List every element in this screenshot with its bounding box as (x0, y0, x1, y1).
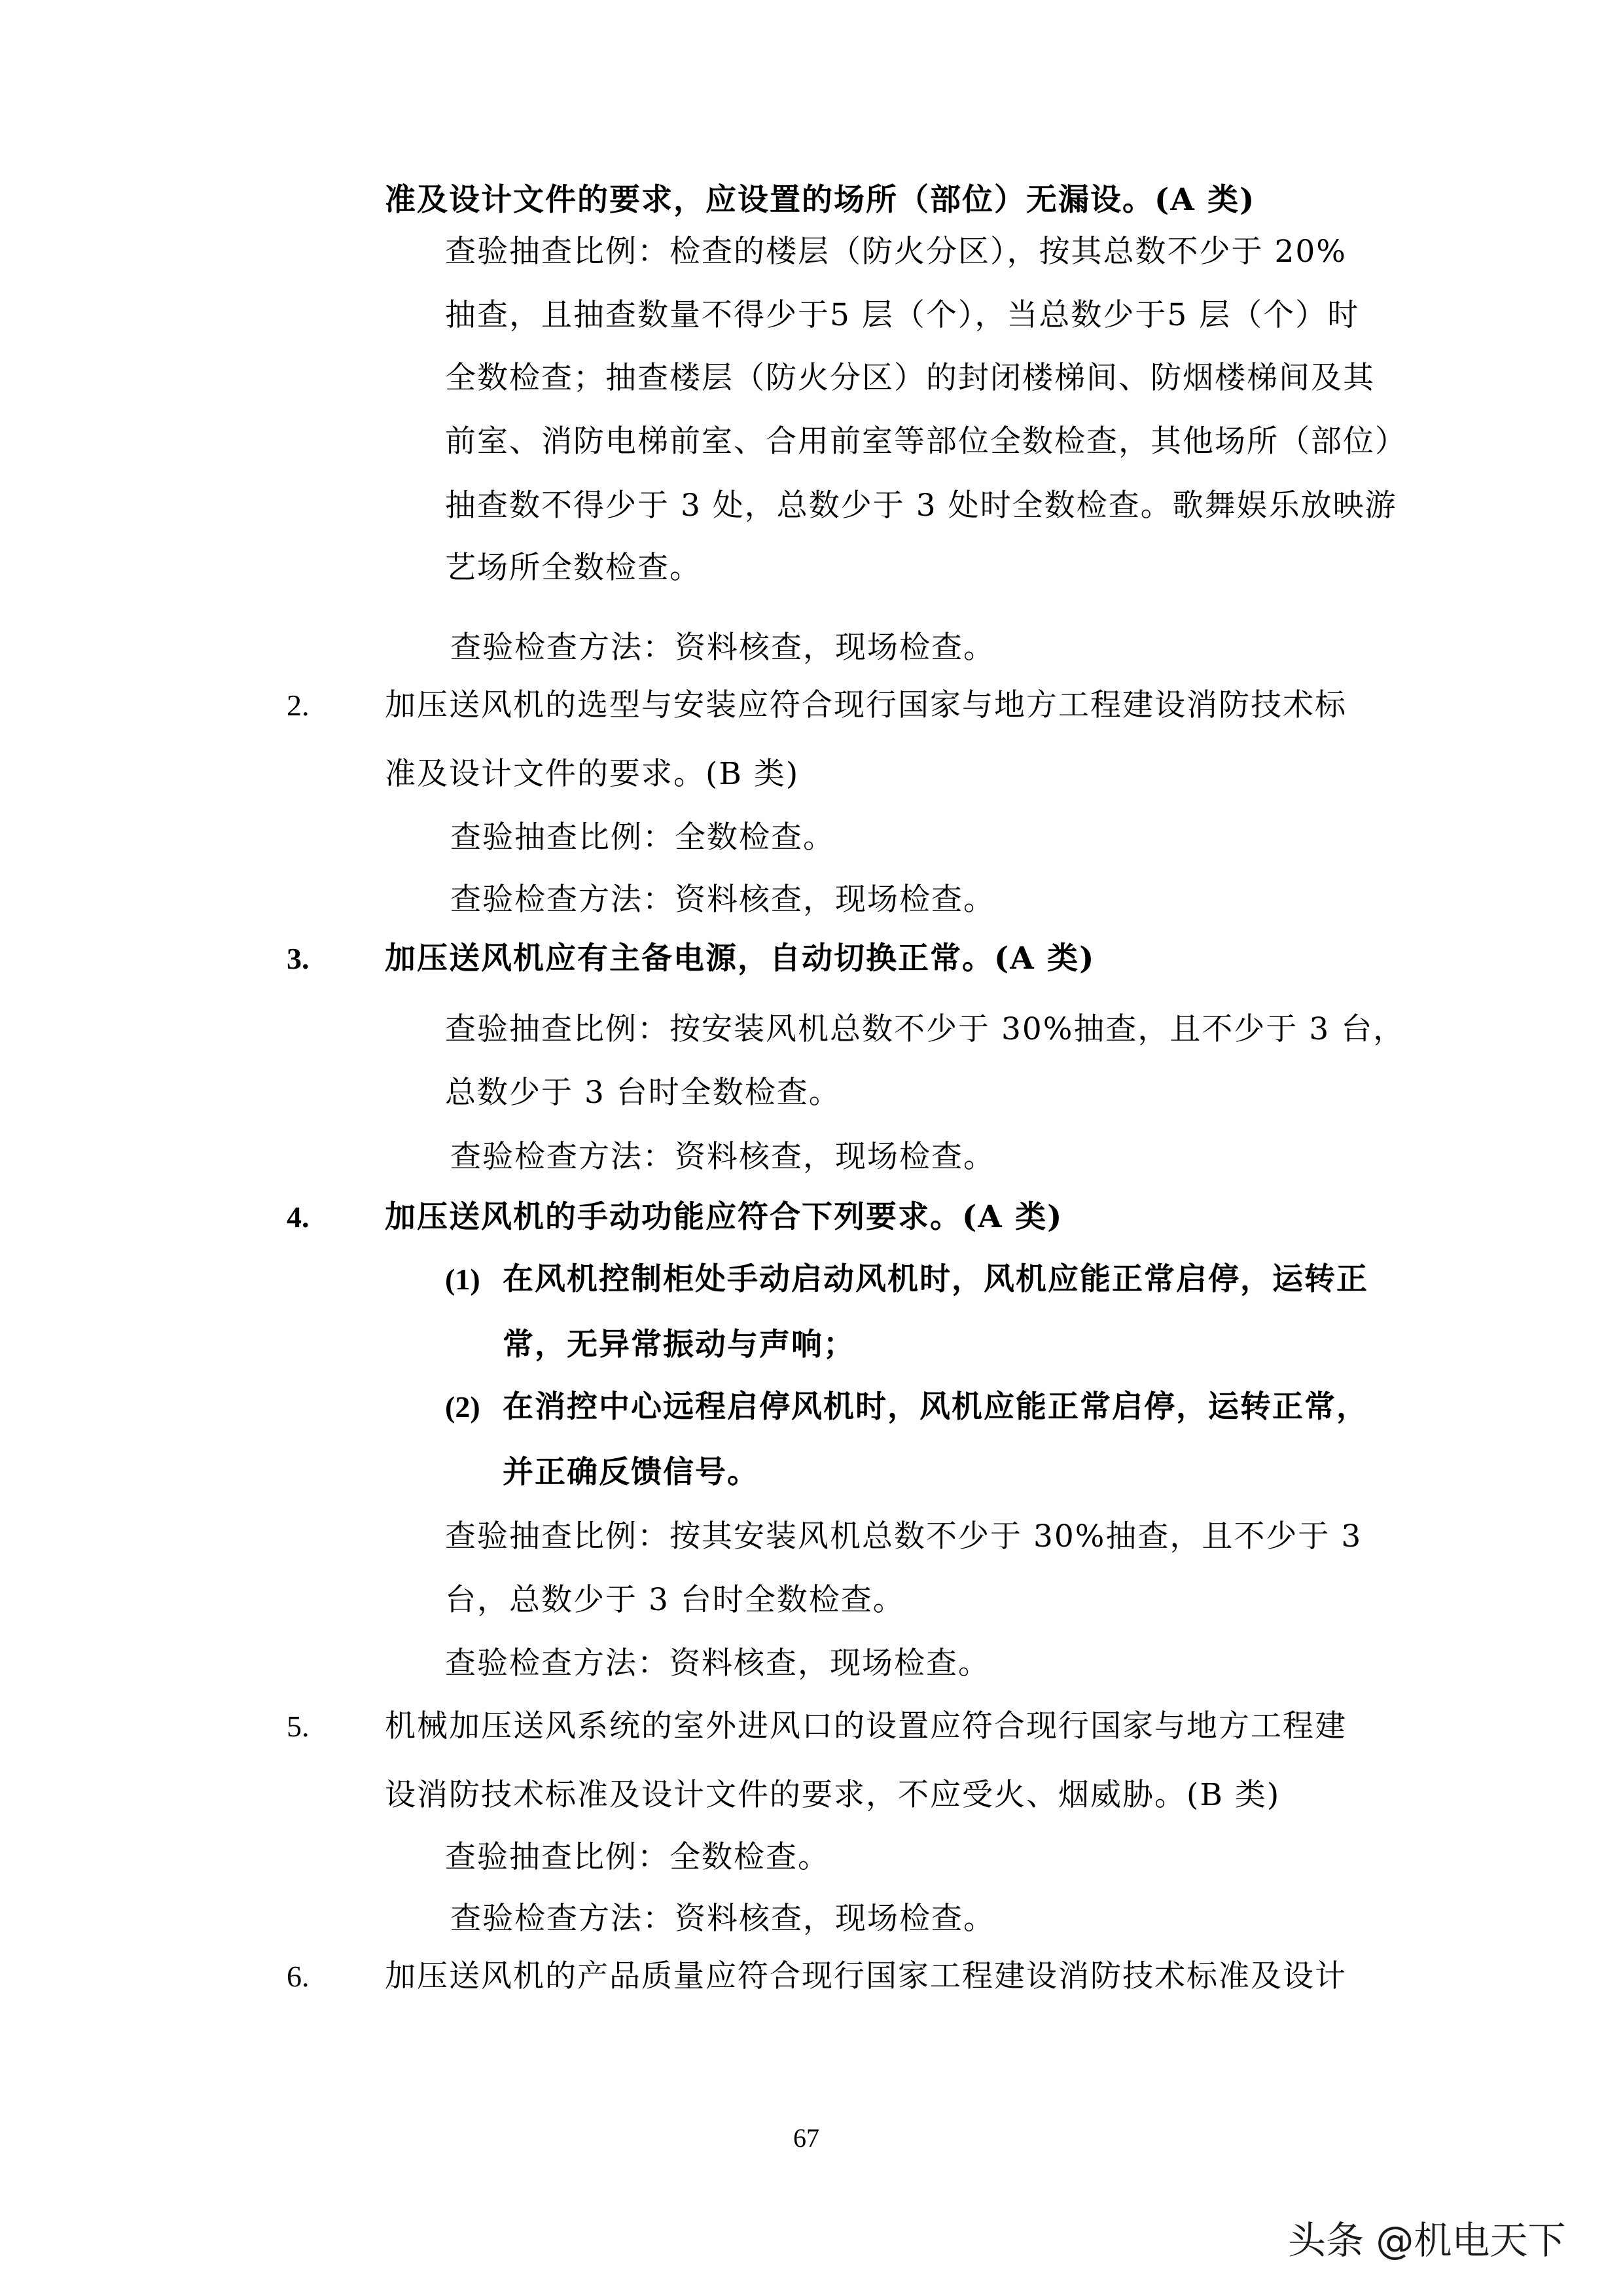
item-heading: 加压送风机应有主备电源，自动切换正常。(A 类) (385, 939, 1095, 978)
ratio-line: 查验抽查比例：全数检查。 (445, 1838, 830, 1877)
method-line: 查验检查方法：资料核查，现场检查。 (450, 1138, 995, 1177)
page-number: 67 (793, 2122, 819, 2155)
sub-item-text: 并正确反馈信号。 (503, 1453, 759, 1492)
continued-heading: 准及设计文件的要求，应设置的场所（部位）无漏设。(A 类) (385, 181, 1255, 220)
item-number: 3. (287, 939, 310, 978)
item-number: 6. (287, 1957, 310, 1996)
watermark: 头条 @机电天下 (1288, 2217, 1565, 2263)
ratio-line: 查验抽查比例：按安装风机总数不少于 30%抽查，且不少于 3 台， (445, 1010, 1405, 1049)
ratio-line: 台，总数少于 3 台时全数检查。 (445, 1581, 905, 1620)
method-line: 查验检查方法：资料核查，现场检查。 (445, 1644, 990, 1683)
ratio-line: 查验抽查比例：全数检查。 (450, 818, 835, 857)
item-heading: 机械加压送风系统的室外进风口的设置应符合现行国家与地方工程建 (385, 1707, 1347, 1746)
sub-item-text: 在消控中心远程启停风机时，风机应能正常启停，运转正常， (503, 1388, 1368, 1427)
item-number: 2. (287, 686, 310, 725)
ratio-line: 查验抽查比例：检查的楼层（防火分区），按其总数不少于 20% (445, 232, 1347, 272)
item-heading: 设消防技术标准及设计文件的要求，不应受火、烟威胁。(B 类) (385, 1776, 1280, 1815)
item-heading: 加压送风机的选型与安装应符合现行国家与地方工程建设消防技术标 (385, 686, 1347, 725)
sub-item-label: (1) (445, 1260, 480, 1299)
document-page: 准及设计文件的要求，应设置的场所（部位）无漏设。(A 类) 查验抽查比例：检查的… (0, 0, 1623, 2296)
ratio-line: 抽查，且抽查数量不得少于5 层（个），当总数少于5 层（个）时 (445, 296, 1359, 335)
sub-item-label: (2) (445, 1388, 480, 1427)
ratio-line: 艺场所全数检查。 (445, 548, 702, 588)
method-line: 查验检查方法：资料核查，现场检查。 (450, 628, 995, 668)
method-line: 查验检查方法：资料核查，现场检查。 (450, 880, 995, 920)
item-number: 5. (287, 1707, 310, 1746)
ratio-line: 抽查数不得少于 3 处，总数少于 3 处时全数检查。歌舞娱乐放映游 (445, 486, 1397, 526)
sub-item-text: 常，无异常振动与声响； (503, 1325, 855, 1365)
item-heading: 准及设计文件的要求。(B 类) (385, 755, 799, 794)
sub-item-text: 在风机控制柜处手动启动风机时，风机应能正常启停，运转正 (503, 1260, 1368, 1299)
item-heading: 加压送风机的手动功能应符合下列要求。(A 类) (385, 1198, 1063, 1237)
method-line: 查验检查方法：资料核查，现场检查。 (450, 1899, 995, 1939)
item-heading: 加压送风机的产品质量应符合现行国家工程建设消防技术标准及设计 (385, 1957, 1347, 1996)
ratio-line: 全数检查；抽查楼层（防火分区）的封闭楼梯间、防烟楼梯间及其 (445, 359, 1375, 398)
ratio-line: 查验抽查比例：按其安装风机总数不少于 30%抽查，且不少于 3 (445, 1517, 1362, 1556)
item-number: 4. (287, 1198, 310, 1237)
ratio-line: 总数少于 3 台时全数检查。 (445, 1073, 841, 1113)
ratio-line: 前室、消防电梯前室、合用前室等部位全数检查，其他场所（部位） (445, 422, 1407, 461)
